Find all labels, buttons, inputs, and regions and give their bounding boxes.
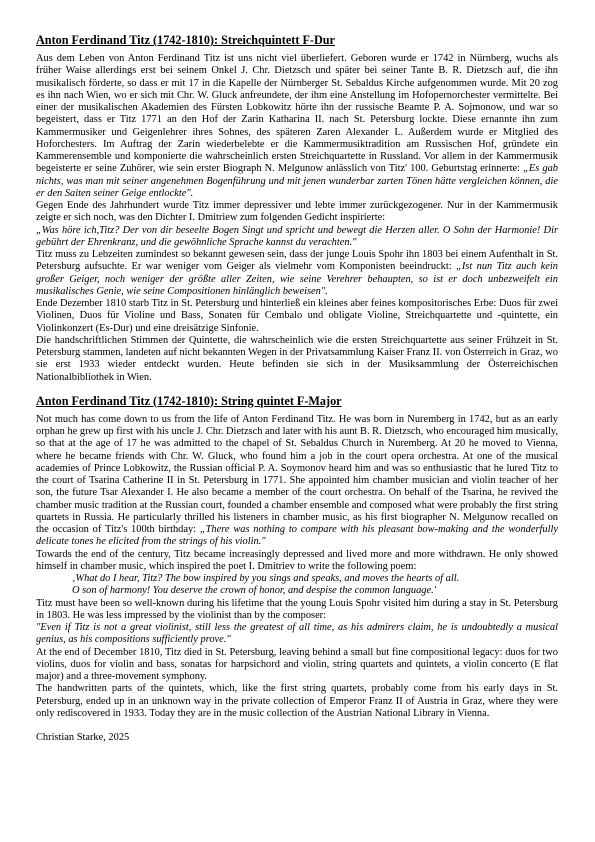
german-biography-text: Aus dem Leben von Anton Ferdinand Titz i… [36, 53, 558, 174]
german-title: Anton Ferdinand Titz (1742-1810): Streic… [36, 33, 558, 47]
english-paragraph-legacy: At the end of December 1810, Titz died i… [36, 647, 558, 684]
german-paragraph-manuscripts: Die handschriftlichen Stimmen der Quinte… [36, 335, 558, 384]
english-poem-line-1: ‚What do I hear, Titz? The bow inspired … [36, 573, 558, 585]
english-biography-text: Not much has come down to us from the li… [36, 414, 558, 535]
document-page: Anton Ferdinand Titz (1742-1810): Streic… [36, 30, 558, 744]
english-paragraph-manuscripts: The handwritten parts of the quintets, w… [36, 683, 558, 720]
german-poem: „Was höre ich,Titz? Der von dir beseelte… [36, 225, 558, 250]
english-spohr-quote: "Even if Titz is not a great violinist, … [36, 622, 558, 647]
german-paragraph-spohr: Titz muss zu Lebzeiten zumindest so beka… [36, 249, 558, 298]
english-title: Anton Ferdinand Titz (1742-1810): String… [36, 394, 558, 408]
german-paragraph-biography: Aus dem Leben von Anton Ferdinand Titz i… [36, 53, 558, 200]
english-paragraph-spohr: Titz must have been so well-known during… [36, 598, 558, 623]
english-poem-line-2: O son of harmony! You deserve the crown … [36, 585, 558, 597]
author-signature: Christian Starke, 2025 [36, 732, 558, 744]
english-paragraph-decline: Towards the end of the century, Titz bec… [36, 549, 558, 574]
english-paragraph-biography: Not much has come down to us from the li… [36, 414, 558, 549]
german-paragraph-legacy: Ende Dezember 1810 starb Titz in St. Pet… [36, 298, 558, 335]
german-paragraph-decline: Gegen Ende des Jahrhundert wurde Titz im… [36, 200, 558, 225]
